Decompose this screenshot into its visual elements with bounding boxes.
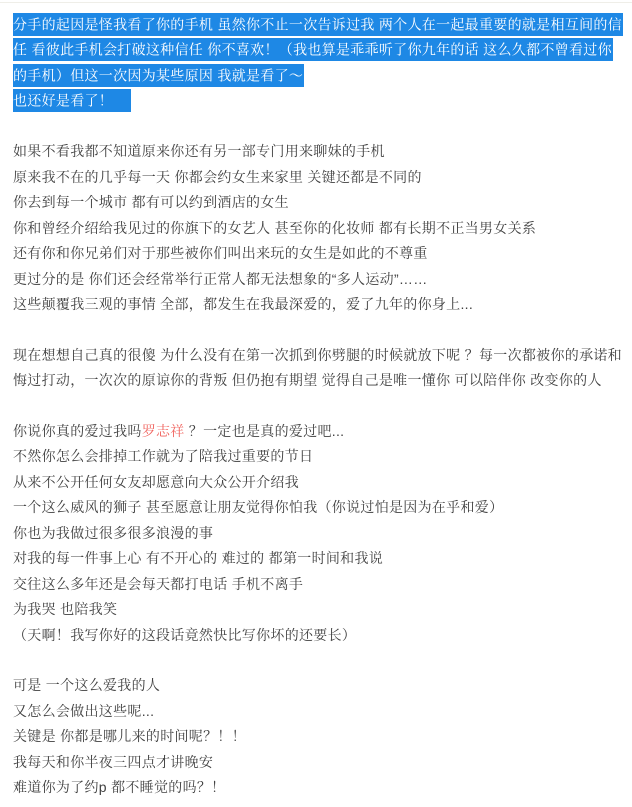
paragraph-reflection: 现在想想自己真的很傻 为什么没有在第一次抓到你劈腿的时候就放下呢 ？每一次都被你…: [13, 343, 627, 394]
post-line: 分手的起因是怪我看了你的手机 虽然你不止一次告诉过我 两个人在一起最重要的就是相…: [13, 12, 627, 38]
post-line: 又怎么会做出这些呢...: [13, 699, 627, 725]
post-line: 从来不公开任何女友却愿意向大众公开介绍我: [13, 470, 627, 496]
post-line: 原来我不在的几乎每一天 你都会约女生来家里 关键还都是不同的: [13, 165, 627, 191]
paragraph-questions: 可是 一个这么爱我的人 又怎么会做出这些呢... 关键是 你都是哪儿来的时间呢？…: [13, 673, 627, 801]
selected-text: 任 看彼此手机会打破这种信任 你不喜欢！（我也算是乖乖听了你九年的话 这么久都不…: [13, 38, 613, 61]
post-line: （天啊！我写你好的这段话竟然快比写你坏的还要长）: [13, 623, 627, 649]
post-line: 你也为我做过很多很多浪漫的事: [13, 521, 627, 547]
post-line: 你说你真的爱过我吗罗志祥 ？一定也是真的爱过吧...: [13, 419, 627, 445]
selected-text: 分手的起因是怪我看了你的手机 虽然你不止一次告诉过我 两个人在一起最重要的就是相…: [13, 13, 623, 36]
post-line: 一个这么威风的狮子 甚至愿意让朋友觉得你怕我（你说过怕是因为在乎和爱）: [13, 495, 627, 521]
mention-link[interactable]: 罗志祥: [142, 423, 185, 439]
post-line: 难道你为了约p 都不睡觉的吗？！: [13, 775, 627, 801]
post-line: 不然你怎么会排掉工作就为了陪我过重要的节日: [13, 444, 627, 470]
post-line: 还有你和你兄弟们对于那些被你们叫出来玩的女生是如此的不尊重: [13, 241, 627, 267]
post-body: 分手的起因是怪我看了你的手机 虽然你不止一次告诉过我 两个人在一起最重要的就是相…: [0, 3, 632, 801]
paragraph-love-memories: 你说你真的爱过我吗罗志祥 ？一定也是真的爱过吧... 不然你怎么会排掉工作就为了…: [13, 419, 627, 649]
post-line: 你去到每一个城市 都有可以约到酒店的女生: [13, 190, 627, 216]
post-line: 关键是 你都是哪儿来的时间呢？！！: [13, 724, 627, 750]
post-line: 更过分的是 你们还会经常举行正常人都无法想象的“多人运动”……: [13, 267, 627, 293]
selected-text: 也还好是看了！: [13, 89, 131, 112]
post-line: 现在想想自己真的很傻 为什么没有在第一次抓到你劈腿的时候就放下呢 ？每一次都被你…: [13, 343, 627, 369]
post-line: 如果不看我都不知道原来你还有另一部专门用来聊妹的手机: [13, 139, 627, 165]
paragraph-discoveries: 如果不看我都不知道原来你还有另一部专门用来聊妹的手机 原来我不在的几乎每一天 你…: [13, 139, 627, 318]
post-line: 对我的每一件事上心 有不开心的 难过的 都第一时间和我说: [13, 546, 627, 572]
post-line: 悔过打动，一次次的原谅你的背叛 但仍抱有期望 觉得自己是唯一懂你 可以陪伴你 改…: [13, 368, 627, 394]
post-line: 这些颠覆我三观的事情 全部，都发生在我最深爱的，爱了九年的你身上...: [13, 292, 627, 318]
post-line: 交往这么多年还是会每天都打电话 手机不离手: [13, 572, 627, 598]
post-line: 也还好是看了！: [13, 89, 627, 115]
post-line: 我每天和你半夜三四点才讲晚安: [13, 750, 627, 776]
post-line: 可是 一个这么爱我的人: [13, 673, 627, 699]
paragraph-breakup-reason: 分手的起因是怪我看了你的手机 虽然你不止一次告诉过我 两个人在一起最重要的就是相…: [13, 12, 627, 114]
selected-text: 的手机）但这一次因为某些原因 我就是看了～: [13, 64, 304, 87]
line-text-before-mention: 你说你真的爱过我吗: [13, 423, 142, 439]
post-line: 任 看彼此手机会打破这种信任 你不喜欢！（我也算是乖乖听了你九年的话 这么久都不…: [13, 38, 627, 64]
post-line: 为我哭 也陪我笑: [13, 597, 627, 623]
post-line: 你和曾经介绍给我见过的你旗下的女艺人 甚至你的化妆师 都有长期不正当男女关系: [13, 216, 627, 242]
line-text-after-mention: ？一定也是真的爱过吧...: [185, 423, 345, 439]
post-line: 的手机）但这一次因为某些原因 我就是看了～: [13, 63, 627, 89]
